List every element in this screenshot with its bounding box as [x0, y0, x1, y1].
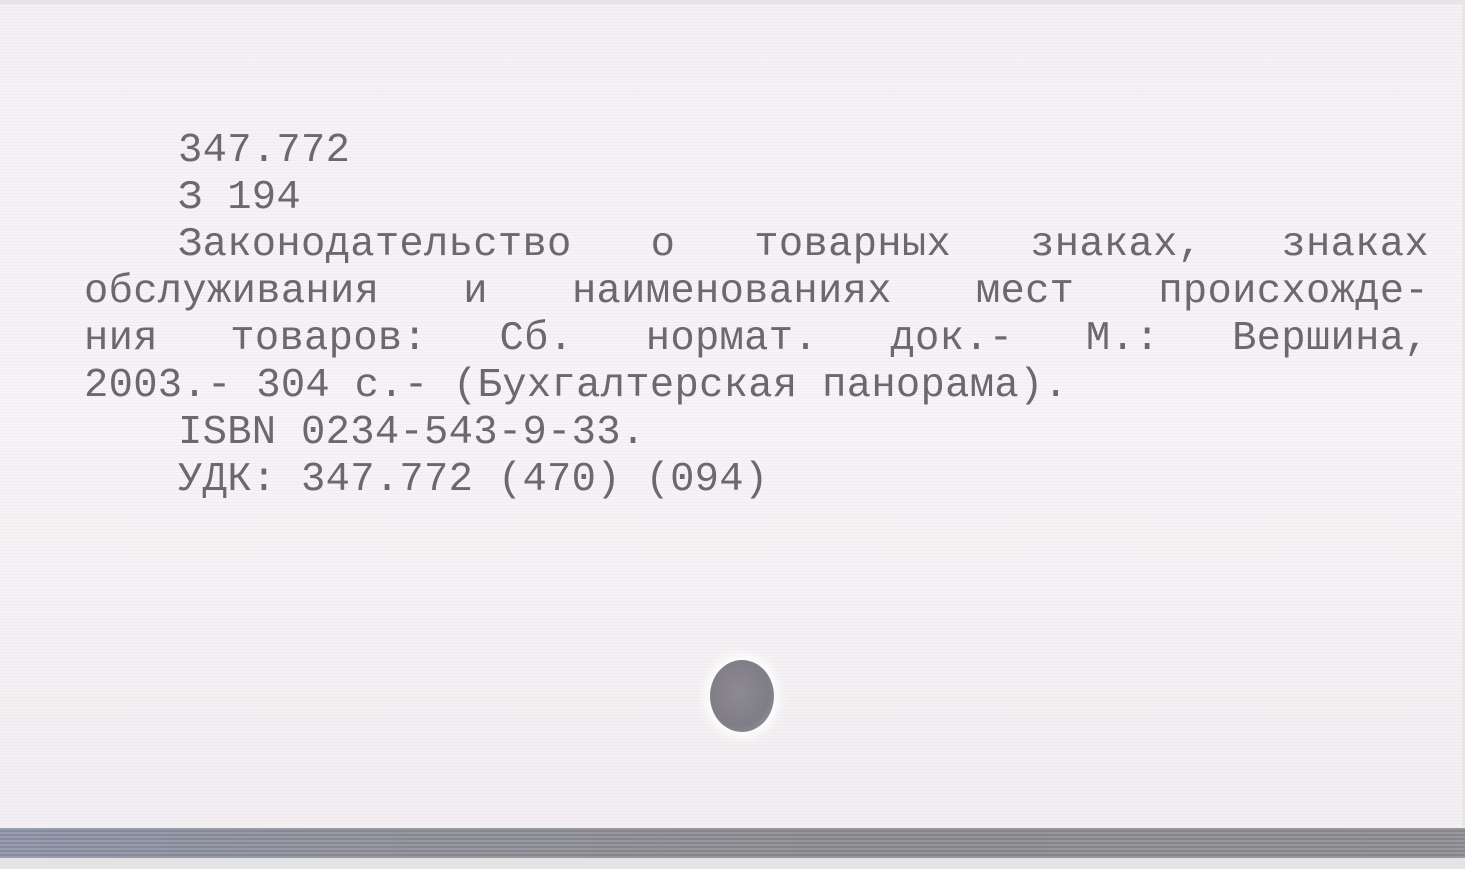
- title-word: мест: [976, 269, 1074, 316]
- title-line-3: ниятоваров:Сб.нормат.док.-М.:Вершина,: [84, 316, 1429, 363]
- title-word: М.:: [1086, 316, 1160, 363]
- title-word: обслуживания: [84, 269, 379, 316]
- title-word: товаров:: [230, 316, 427, 363]
- title-line-1: Законодательствоотоварныхзнаках,знаках: [84, 222, 1429, 269]
- title-word: знаках: [1281, 222, 1429, 269]
- scanner-edge-base: [0, 858, 1465, 869]
- card-text: 347.772 З 194 Законодательствоотоварныхз…: [84, 128, 1434, 504]
- library-catalog-card: 347.772 З 194 Законодательствоотоварныхз…: [0, 0, 1465, 826]
- isbn-line: ISBN 0234-543-9-33.: [84, 410, 1434, 457]
- title-word: о: [651, 222, 676, 269]
- title-word: Законодательство: [178, 222, 572, 269]
- title-word: товарных: [754, 222, 951, 269]
- title-word: ния: [84, 316, 158, 363]
- title-word: нормат.: [646, 316, 818, 363]
- title-word: наименованиях: [572, 269, 892, 316]
- title-word: происхожде-: [1158, 269, 1429, 316]
- publication-line: 2003.- 304 с.- (Бухгалтерская панорама).: [84, 363, 1434, 410]
- udk-line: УДК: 347.772 (470) (094): [84, 457, 1434, 504]
- author-mark: З 194: [84, 175, 1434, 222]
- call-number: 347.772: [84, 128, 1434, 175]
- title-line-2: обслуживанияинаименованияхместпроисхожде…: [84, 269, 1429, 316]
- title-word: знаках,: [1030, 222, 1202, 269]
- punch-hole: [710, 660, 774, 732]
- card-top-edge: [0, 0, 1465, 4]
- title-word: Вершина,: [1232, 316, 1429, 363]
- title-word: Сб.: [500, 316, 574, 363]
- title-word: док.-: [890, 316, 1013, 363]
- scanner-edge-strip: [0, 828, 1465, 858]
- title-word: и: [463, 269, 488, 316]
